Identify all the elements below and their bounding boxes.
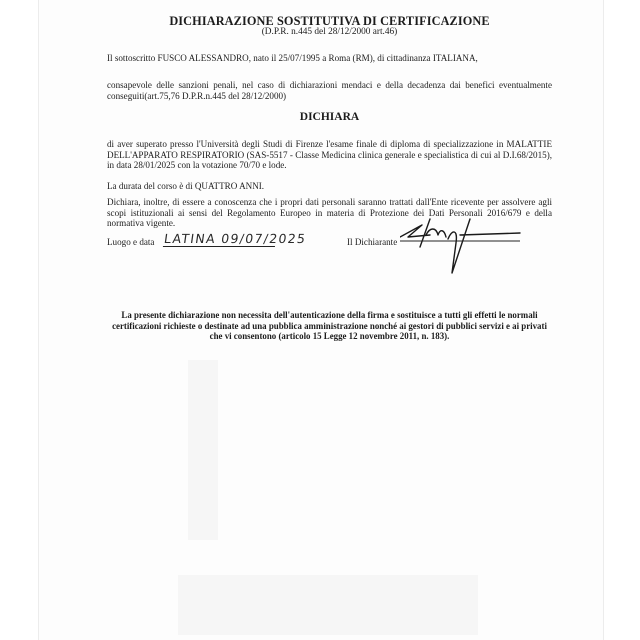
declaration-heading: DICHIARA xyxy=(107,111,552,123)
awareness-paragraph: consapevole delle sanzioni penali, nel c… xyxy=(107,80,552,101)
declarant-intro: Il sottoscritto FUSCO ALESSANDRO, nato i… xyxy=(107,53,552,64)
signature-row: Luogo e data LATINA 09/07/2025 Il Dichia… xyxy=(107,237,552,297)
course-duration: La durata del corso è di QUATTRO ANNI. xyxy=(107,181,552,192)
scan-bleed-through xyxy=(188,360,218,540)
place-date-handwritten: LATINA 09/07/2025 xyxy=(163,231,277,247)
scan-bleed-through xyxy=(178,575,478,635)
page-edge-right xyxy=(603,0,604,640)
declaration-statement: di aver superato presso l'Università deg… xyxy=(107,139,552,171)
document-subtitle: (D.P.R. n.445 del 28/12/2000 art.46) xyxy=(107,27,552,37)
declarant-label: Il Dichiarante xyxy=(347,237,397,247)
place-date-label: Luogo e data xyxy=(107,237,154,247)
signature-icon xyxy=(400,217,525,277)
legal-notice: La presente dichiarazione non necessita … xyxy=(107,310,552,342)
page-edge-left xyxy=(38,0,39,640)
